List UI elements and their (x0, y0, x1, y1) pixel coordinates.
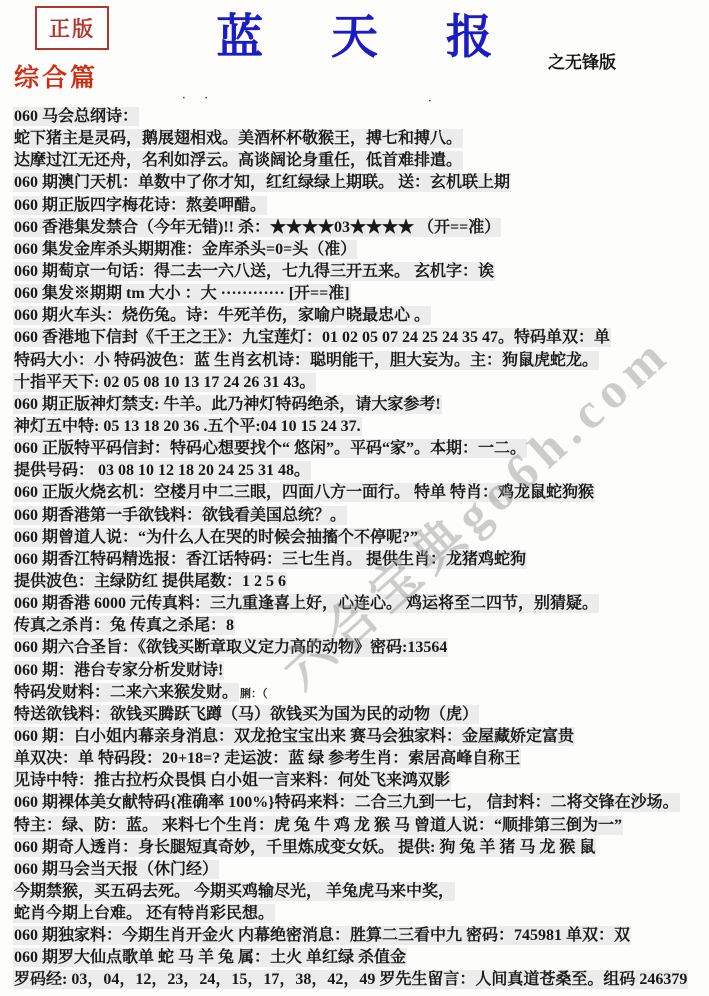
text-line-content: 提供号码： 03 08 10 12 18 20 24 25 31 48。 (14, 462, 310, 479)
text-line-content: 060 马会总纲诗： (14, 108, 138, 125)
text-line: 罗码经: 03，04，12，23，24，15，17，38，42，49 罗先生留言… (0, 969, 709, 991)
text-line-content: 蛇下猪主是灵码，鹅展翅相戏。美酒杯杯敬猴王，搏七和搏八。 (14, 130, 462, 147)
text-line-content: 060 期香江特码精选报：香江话特码：三七生肖。 提供生肖：龙猪鸡蛇狗 (14, 551, 526, 568)
text-line-content: 060 期六合圣旨：《欲钱买断章取义定力高的动物》密码:13564 (14, 639, 447, 656)
text-line-content: 今期禁猴，买五码去死。 今期买鸡输尽光， 羊兔虎马来中奖， (14, 883, 454, 900)
text-line-content: 060 正版特平码信封：特码心想要找个“ 悠闲”。平码“家”。本期：一二。 (14, 440, 526, 457)
text-line: 060 集发※期期 tm 大小 ：大 ············ [开==准] (0, 283, 709, 305)
newspaper-page: 正版 蓝 天 报 之无锋版 综合篇 · · · 060 马会总纲诗：蛇下猪主是灵… (0, 0, 709, 996)
text-line: 传真之杀肖：兔 传真之杀尾：8 (0, 615, 709, 637)
text-line: 060 马会总纲诗： (0, 106, 709, 128)
text-line-content: 060 期香港第一手欲钱料：欲钱看美国总统？。 (14, 507, 346, 524)
text-line: 060 期：白小姐内幕亲身消息：双龙抢宝宝出来 赛马会独家料：金屋藏娇定富贵 (0, 726, 709, 748)
scan-artifact-dots: · · (182, 92, 216, 104)
text-line: 提供号码： 03 08 10 12 18 20 24 25 31 48。 (0, 460, 709, 482)
text-line: 060 期澳门天机：单数中了你才知，红红绿绿上期联。 送：玄机联上期 (0, 172, 709, 194)
text-line: 060 期香港第一手欲钱料：欲钱看美国总统？。 (0, 505, 709, 527)
text-line-content: 单双决：单 特码段：20+18=? 走运波：蓝 绿 参考生肖：索居高峰自称王 (14, 750, 520, 767)
text-line-content: 特码发财料：二来六来猴发财。 (14, 684, 238, 701)
text-line: 蛇肖今期上台难。 还有特肖彩民想。 (0, 903, 709, 925)
text-line: 060 期罗大仙点歌单 蛇 马 羊 兔 属：土火 单红绿 杀值金 (0, 947, 709, 969)
text-line-content: 特主：绿、防：蓝。 来料七个生肖：虎 兔 牛 鸡 龙 猴 马 曾道人说：“顺排第… (14, 817, 622, 834)
text-line-content: 060 期：港台专家分析发财诗! (14, 662, 223, 679)
text-line: 十指平天下: 02 05 08 10 13 17 24 26 31 43。 (0, 372, 709, 394)
text-line-content: 特送欲钱料：欲钱买腾跃飞蹲（马）欲钱买为国为民的动物（虎） (14, 706, 478, 723)
text-line-content: 060 集发※期期 tm 大小 ：大 ············ [开==准] (14, 285, 350, 302)
text-line: 060 期六合圣旨：《欲钱买断章取义定力高的动物》密码:13564 (0, 637, 709, 659)
text-line-content: 罗码经: 03，04，12，23，24，15，17，38，42，49 罗先生留言… (14, 971, 687, 988)
lines: 060 马会总纲诗：蛇下猪主是灵码，鹅展翅相戏。美酒杯杯敬猴王，搏七和搏八。达摩… (0, 106, 709, 992)
text-line: 060 期萄京一句话：得二去一六八送，七九得三开五来。 玄机字：诶 (0, 261, 709, 283)
text-line: 060 期奇人透肖：身长腿短真奇妙，千里炼成变女妖。 提供: 狗 兔 羊 猪 马… (0, 837, 709, 859)
text-line-content: 060 期罗大仙点歌单 蛇 马 羊 兔 属：土火 单红绿 杀值金 (14, 949, 406, 966)
text-line-content: 神灯五中特: 05 13 18 20 36 .五个平:04 10 15 24 3… (14, 418, 361, 435)
text-line: 神灯五中特: 05 13 18 20 36 .五个平:04 10 15 24 3… (0, 416, 709, 438)
text-line-content: 060 期：白小姐内幕亲身消息：双龙抢宝宝出来 赛马会独家料：金屋藏娇定富贵 (14, 728, 574, 745)
text-line: 060 期香港 6000 元传真料：三九重逢喜上好，心连心。 鸡运将至二四节，别… (0, 593, 709, 615)
text-line: 特主：绿、防：蓝。 来料七个生肖：虎 兔 牛 鸡 龙 猴 马 曾道人说：“顺排第… (0, 815, 709, 837)
text-line: 特码发财料：二来六来猴发财。脷：（ (0, 682, 709, 704)
text-line-content: 060 集发金库杀头期期准：金库杀头=0=头（准） (14, 241, 356, 258)
text-line: 060 期火车头：烧伤兔。诗：牛死羊伤，家喻户晓最忠心 。 (0, 305, 709, 327)
text-line-content: 十指平天下: 02 05 08 10 13 17 24 26 31 43。 (14, 374, 315, 391)
edition-label: 之无锋版 (548, 48, 616, 73)
text-line: 060 期：港台专家分析发财诗! (0, 660, 709, 682)
text-line: 060 正版特平码信封：特码心想要找个“ 悠闲”。平码“家”。本期：一二。 (0, 438, 709, 460)
text-line-content: 达摩过江无还舟，名利如浮云。高谈阔论身重任，低首难排遣。 (14, 152, 462, 169)
text-line-content: 060 香港集发禁合（今年无错)!! 杀：★★★★03★★★★ （开==准） (14, 219, 500, 236)
text-line: 060 期正版四字梅花诗：熬姜呷醋。 (0, 195, 709, 217)
text-line-content: 060 期澳门天机：单数中了你才知，红红绿绿上期联。 送：玄机联上期 (14, 174, 510, 191)
text-line: 060 期裸体美女献特码{准确率 100%}特码来料：二合三九到一七， 信封料：… (0, 792, 709, 814)
text-line: 060 正版火烧玄机：空楼月中二三眼，四面八方一面行。 特单 特肖：鸡龙鼠蛇狗猴 (0, 482, 709, 504)
text-line: 今期禁猴，买五码去死。 今期买鸡输尽光， 羊兔虎马来中奖， (0, 881, 709, 903)
text-line-content: 蛇肖今期上台难。 还有特肖彩民想。 (14, 905, 274, 922)
text-line-content: 060 期曾道人说：“为什么人在哭的时候会抽搐个不停呢?” (14, 529, 418, 546)
text-line-content: 060 期独家料：今期生肖开金火 内幕绝密消息：胜算二三看中九 密码：74598… (14, 927, 630, 944)
text-line-content: 060 期奇人透肖：身长腿短真奇妙，千里炼成变女妖。 提供: 狗 兔 羊 猪 马… (14, 839, 595, 856)
text-line: 060 香港地下信封《千王之王》：九宝莲灯：01 02 05 07 24 25 … (0, 327, 709, 349)
text-line-content: 060 香港地下信封《千王之王》：九宝莲灯：01 02 05 07 24 25 … (14, 329, 610, 346)
text-line: 060 香港集发禁合（今年无错)!! 杀：★★★★03★★★★ （开==准） (0, 217, 709, 239)
text-line: 单双决：单 特码段：20+18=? 走运波：蓝 绿 参考生肖：索居高峰自称王 (0, 748, 709, 770)
text-line: 060 集发金库杀头期期准：金库杀头=0=头（准） (0, 239, 709, 261)
text-line: 蛇下猪主是灵码，鹅展翅相戏。美酒杯杯敬猴王，搏七和搏八。 (0, 128, 709, 150)
text-line-content: 060 期马会当天报（休门经） (14, 861, 218, 878)
small-note: 脷：（ (240, 688, 268, 700)
text-line: 达摩过江无还舟，名利如浮云。高谈阔论身重任，低首难排遣。 (0, 150, 709, 172)
text-line: 特码大小：小 特码波色：蓝 生肖玄机诗：聪明能干，胆大妄为。主：狗鼠虎蛇龙。 (0, 350, 709, 372)
text-line-content: 060 期火车头：烧伤兔。诗：牛死羊伤，家喻户晓最忠心 。 (14, 307, 430, 324)
text-line-content: 060 期萄京一句话：得二去一六八送，七九得三开五来。 玄机字：诶 (14, 263, 494, 280)
text-line: 060 期正版神灯禁支: 牛羊。此乃神灯特码绝杀，请大家参考! (0, 394, 709, 416)
text-line: 060 期马会当天报（休门经） (0, 859, 709, 881)
text-line: 060 期曾道人说：“为什么人在哭的时候会抽搐个不停呢?” (0, 527, 709, 549)
text-line: 特送欲钱料：欲钱买腾跃飞蹲（马）欲钱买为国为民的动物（虎） (0, 704, 709, 726)
text-line-content: 特码大小：小 特码波色：蓝 生肖玄机诗：聪明能干，胆大妄为。主：狗鼠虎蛇龙。 (14, 352, 598, 369)
text-line-content: 060 期正版神灯禁支: 牛羊。此乃神灯特码绝杀，请大家参考! (14, 396, 441, 413)
text-line-content: 传真之杀肖：兔 传真之杀尾：8 (14, 617, 234, 634)
text-line: 060 期独家料：今期生肖开金火 内幕绝密消息：胜算二三看中九 密码：74598… (0, 925, 709, 947)
text-line-content: 提供波色：主绿防红 提供尾数：1 2 5 6 (14, 573, 286, 590)
section-heading: 综合篇 (14, 58, 98, 94)
text-line-content: 060 期正版四字梅花诗：熬姜呷醋。 (14, 197, 266, 214)
text-line: 060 期香江特码精选报：香江话特码：三七生肖。 提供生肖：龙猪鸡蛇狗 (0, 549, 709, 571)
text-line-content: 060 正版火烧玄机：空楼月中二三眼，四面八方一面行。 特单 特肖：鸡龙鼠蛇狗猴 (14, 484, 594, 501)
text-line: 见诗中特：推古拉朽众畏惧 白小姐一言来料：何处飞来鸿双影 (0, 770, 709, 792)
text-line-content: 060 期裸体美女献特码{准确率 100%}特码来料：二合三九到一七， 信封料：… (14, 794, 679, 811)
text-line-content: 见诗中特：推古拉朽众畏惧 白小姐一言来料：何处飞来鸿双影 (14, 772, 450, 789)
text-line-content: 060 期香港 6000 元传真料：三九重逢喜上好，心连心。 鸡运将至二四节，别… (14, 595, 598, 612)
text-line: 提供波色：主绿防红 提供尾数：1 2 5 6 (0, 571, 709, 593)
